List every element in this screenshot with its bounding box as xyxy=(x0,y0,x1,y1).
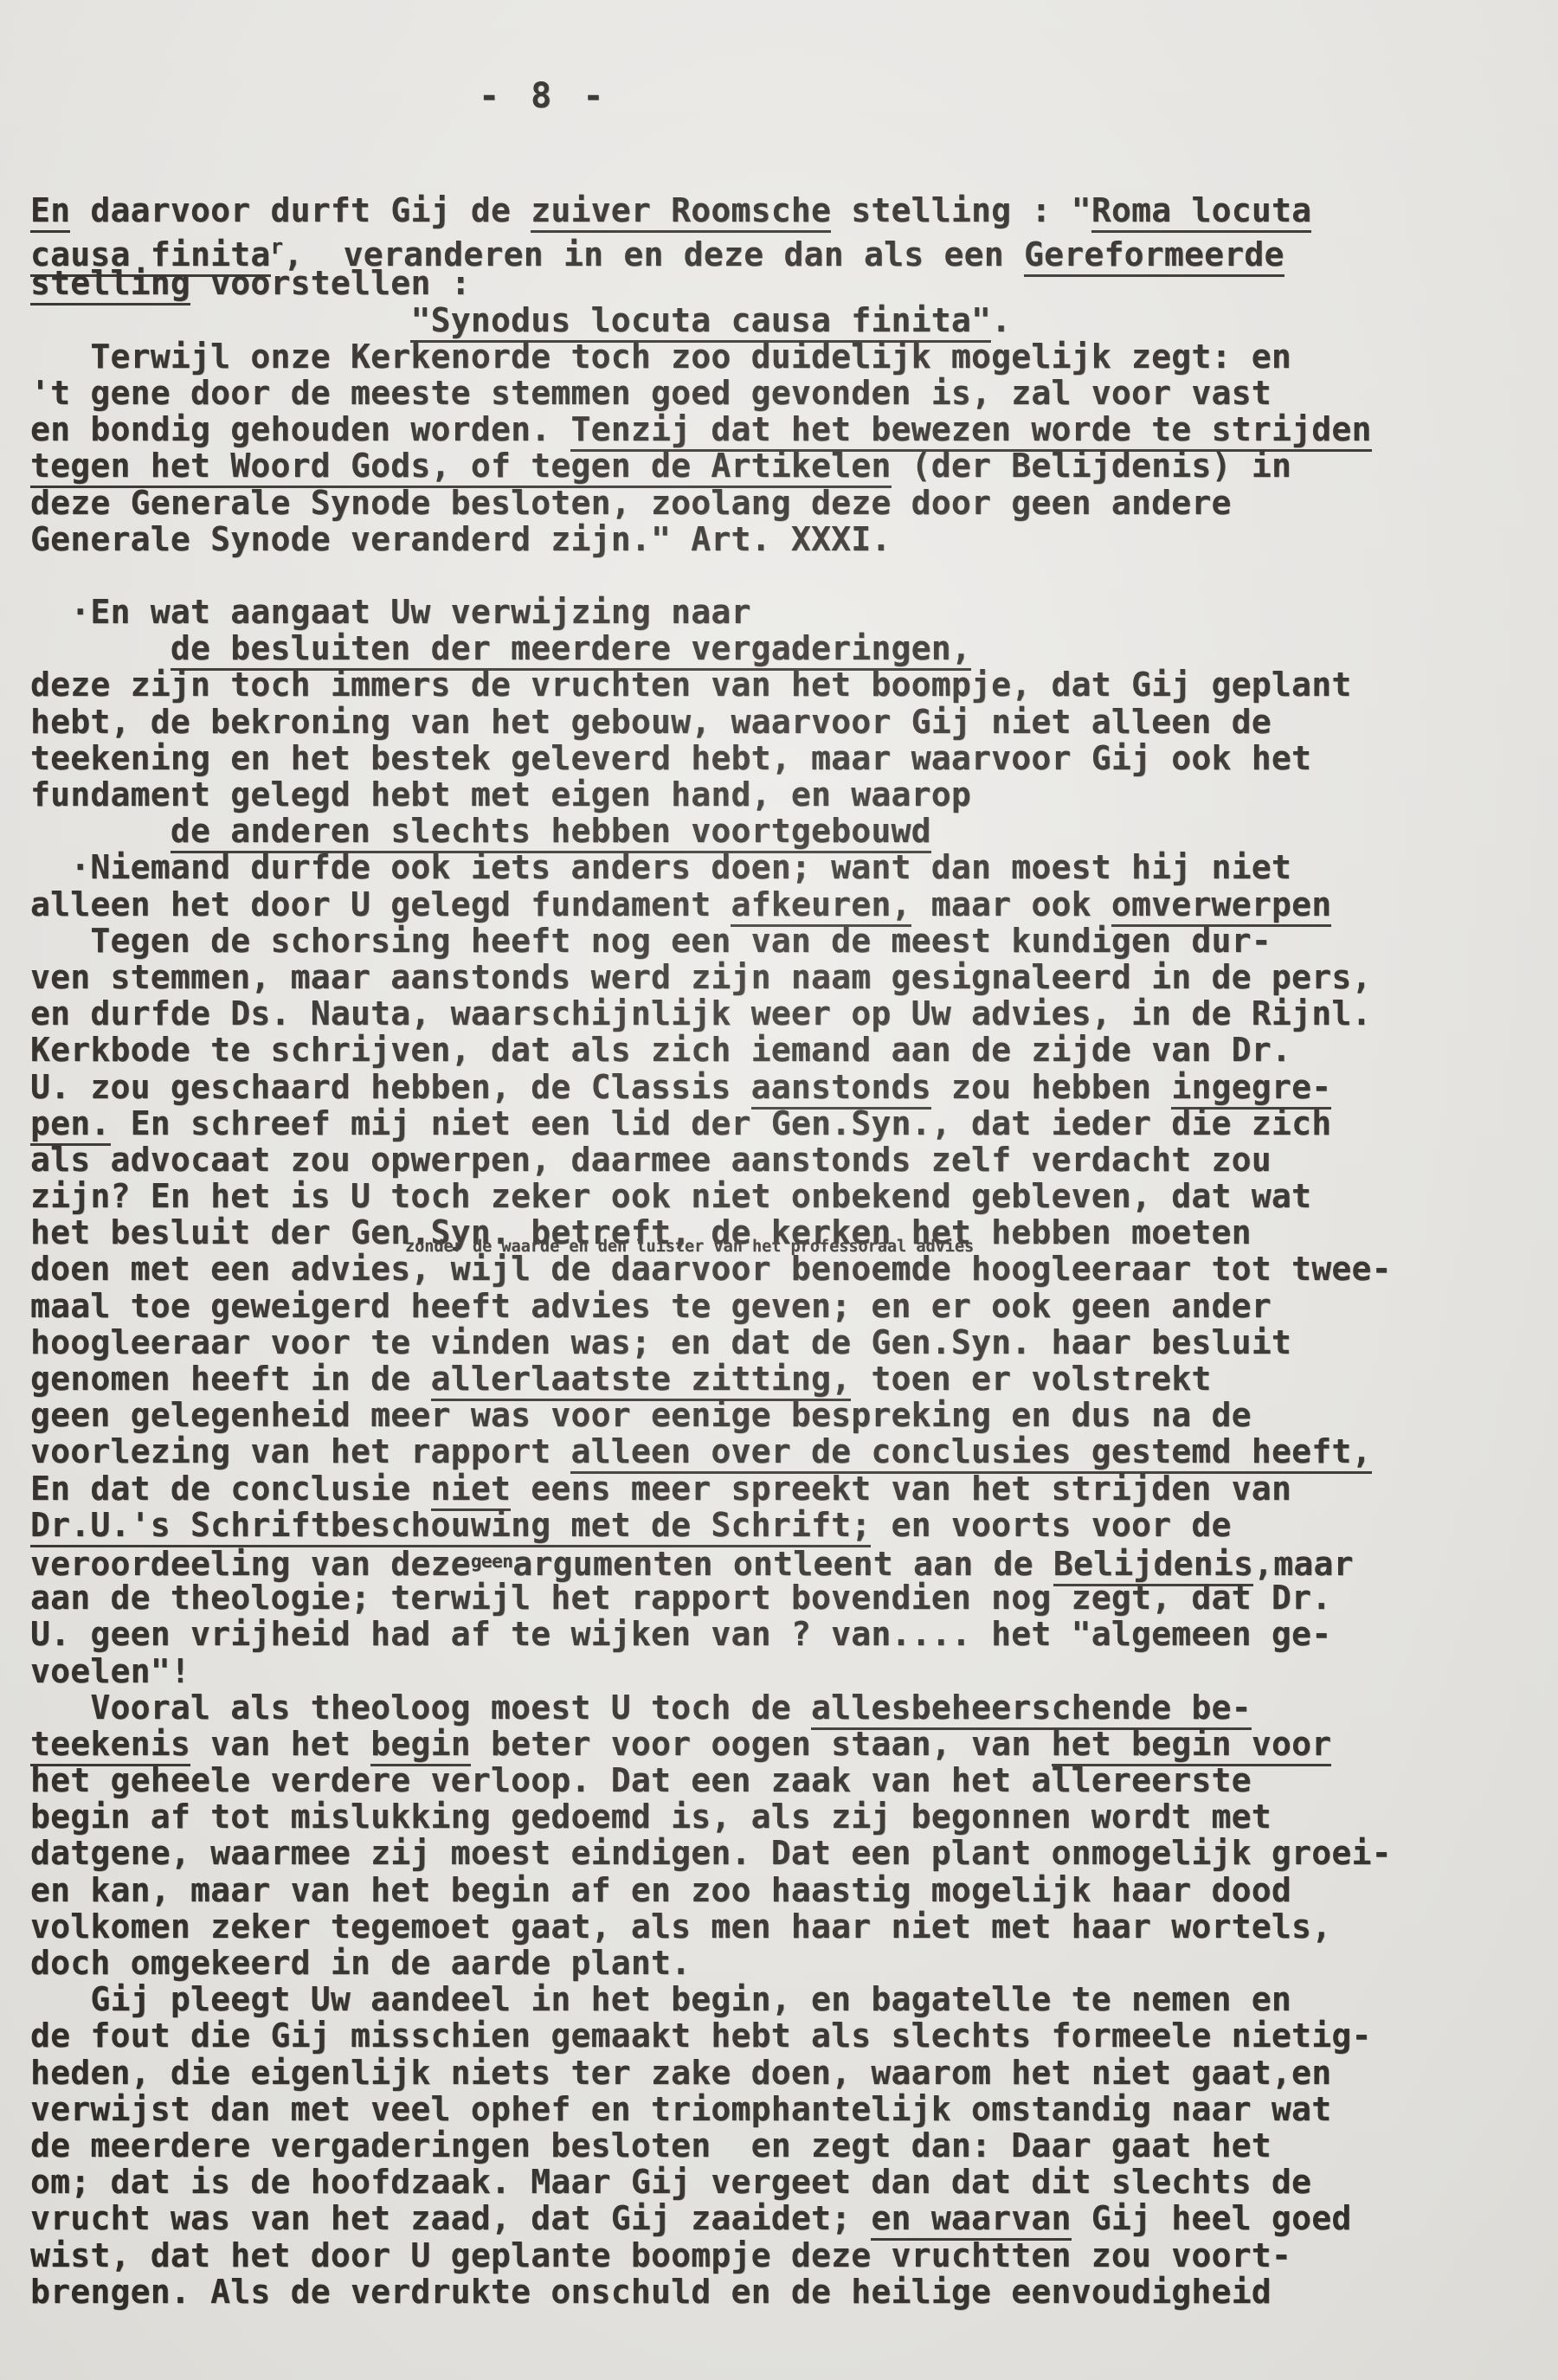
text-segment: ven stemmen, maar aanstonds werd zijn na… xyxy=(30,958,1372,996)
text-line: teekenis van het begin beter voor oogen … xyxy=(30,1726,1536,1762)
text-segment: zijn? En het is U toch zeker ook niet on… xyxy=(30,1177,1311,1215)
text-segment: doen met een advies, wijl de daarvoor be… xyxy=(30,1250,1392,1288)
text-line: veroordeeling van dezegeenargumenten ont… xyxy=(30,1543,1536,1579)
text-line: om; dat is de hoofdzaak. Maar Gij vergee… xyxy=(30,2164,1536,2200)
text-segment: En schreef mij niet een lid der Gen.Syn.… xyxy=(111,1104,1332,1142)
text-segment: en bondig gehouden worden. xyxy=(30,410,570,448)
text-line: fundament gelegd hebt met eigen hand, en… xyxy=(30,776,1536,813)
text-segment: Gij heel goed xyxy=(1072,2199,1352,2237)
text-line: teekening en het bestek geleverd hebt, m… xyxy=(30,740,1536,776)
text-segment: eens meer spreekt van het strijden van xyxy=(511,1470,1291,1508)
underlined-text: zuiver Roomsche xyxy=(531,191,831,233)
text-line: hebt, de bekroning van het gebouw, waarv… xyxy=(30,704,1536,740)
text-line: aan de theologie; terwijl het rapport bo… xyxy=(30,1579,1536,1616)
underlined-text: omverwerpen xyxy=(1111,885,1331,927)
text-line: hoogleeraar voor te vinden was; en dat d… xyxy=(30,1324,1536,1360)
text-line: begin af tot mislukking gedoemd is, als … xyxy=(30,1798,1536,1835)
text-segment: maar ook xyxy=(911,885,1111,923)
underlined-text: het begin voor xyxy=(1052,1725,1332,1766)
underlined-text: stelling xyxy=(30,264,190,306)
text-line: Kerkbode te schrijven, dat als zich iema… xyxy=(30,1032,1536,1068)
text-segment: het geheele verdere verloop. Dat een zaa… xyxy=(30,1761,1252,1799)
underlined-text: de besluiten der meerdere vergaderingen, xyxy=(171,629,971,671)
text-line: Generale Synode veranderd zijn." Art. XX… xyxy=(30,521,1536,557)
text-segment: aan de theologie; terwijl het rapport bo… xyxy=(30,1579,1331,1617)
underlined-text: alleen over de conclusies gestemd heeft, xyxy=(570,1432,1371,1474)
text-line: en kan, maar van het begin af en zoo haa… xyxy=(30,1872,1536,1908)
underlined-text: begin xyxy=(370,1725,471,1766)
text-line: tegen het Woord Gods, of tegen de Artike… xyxy=(30,447,1536,484)
text-segment: verwijst dan met veel ophef en triomphan… xyxy=(30,2090,1331,2128)
text-line: verwijst dan met veel ophef en triomphan… xyxy=(30,2091,1536,2127)
text-line: geen gelegenheid meer was voor eenige be… xyxy=(30,1397,1536,1433)
text-line: volkomen zeker tegemoet gaat, als men ha… xyxy=(30,1908,1536,1945)
text-line: Dr.U.'s Schriftbeschouwing met de Schrif… xyxy=(30,1507,1536,1543)
underlined-text: Dr.U.'s Schriftbeschouwing met de Schrif… xyxy=(30,1506,871,1547)
underlined-text: Gereformeerde xyxy=(1024,235,1284,277)
text-line: En daarvoor durft Gij de zuiver Roomsche… xyxy=(30,192,1536,228)
text-line: maal toe geweigerd heeft advies te geven… xyxy=(30,1288,1536,1324)
text-line: ·En wat aangaat Uw verwijzing naar xyxy=(30,594,1536,630)
text-segment: als advocaat zou opwerpen, daarmee aanst… xyxy=(30,1141,1272,1179)
text-line: de fout die Gij misschien gemaakt hebt a… xyxy=(30,2017,1536,2054)
text-segment: teekening en het bestek geleverd hebt, m… xyxy=(30,739,1311,777)
underlined-text: aanstonds xyxy=(751,1068,931,1110)
underlined-text: Roma locuta xyxy=(1091,191,1311,233)
underlined-text: afkeuren, xyxy=(731,885,911,927)
text-segment: en kan, maar van het begin af en zoo haa… xyxy=(30,1871,1291,1909)
text-line: vrucht was van het zaad, dat Gij zaaidet… xyxy=(30,2200,1536,2236)
underlined-text: tegen het Woord Gods, of tegen de Artike… xyxy=(30,447,892,488)
text-line: datgene, waarmee zij moest eindigen. Dat… xyxy=(30,1835,1536,1871)
text-line: genomen heeft in de allerlaatste zitting… xyxy=(30,1360,1536,1397)
text-line: U. zou geschaard hebben, de Classis aans… xyxy=(30,1069,1536,1105)
text-segment: volkomen zeker tegemoet gaat, als men ha… xyxy=(30,1907,1331,1946)
text-segment: van het xyxy=(190,1725,370,1763)
underlined-text: ingegre- xyxy=(1171,1068,1331,1110)
text-segment: de fout die Gij misschien gemaakt hebt a… xyxy=(30,2017,1372,2055)
text-segment: toen er volstrekt xyxy=(851,1360,1211,1398)
text-segment: Vooral als theoloog moest U toch de xyxy=(30,1689,811,1727)
text-line: 't gene door de meeste stemmen goed gevo… xyxy=(30,375,1536,411)
text-line: Terwijl onze Kerkenorde toch zoo duideli… xyxy=(30,338,1536,375)
text-segment: U. geen vrijheid had af te wijken van ? … xyxy=(30,1615,1331,1653)
text-segment: hebt, de bekroning van het gebouw, waarv… xyxy=(30,703,1272,741)
text-segment: argumenten ontleent aan de xyxy=(512,1545,1053,1583)
text-segment: voorstellen : xyxy=(190,264,471,302)
underlined-text: teekenis xyxy=(30,1725,190,1766)
text-segment: beter voor oogen staan, van xyxy=(471,1725,1052,1763)
text-line: de anderen slechts hebben voortgebouwd xyxy=(30,813,1536,849)
text-line: causa finitar, veranderen in en deze dan… xyxy=(30,228,1536,265)
text-segment: geen xyxy=(471,1551,513,1572)
text-segment: r xyxy=(271,235,284,259)
underlined-text: de anderen slechts hebben voortgebouwd xyxy=(171,812,931,853)
text-segment: ·Niemand durfde ook iets anders doen; wa… xyxy=(30,848,1291,886)
text-line: het geheele verdere verloop. Dat een zaa… xyxy=(30,1762,1536,1798)
text-segment: ,maar xyxy=(1253,1545,1354,1583)
underlined-text: "Synodus locuta causa finita" xyxy=(410,301,991,343)
text-line: als advocaat zou opwerpen, daarmee aanst… xyxy=(30,1142,1536,1178)
underlined-text: en waarvan xyxy=(871,2199,1071,2241)
text-segment: veroordeeling van deze xyxy=(30,1545,471,1583)
text-line: de meerdere vergaderingen besloten en ze… xyxy=(30,2127,1536,2164)
text-segment: stelling : " xyxy=(831,191,1091,229)
text-line: deze Generale Synode besloten, zoolang d… xyxy=(30,485,1536,521)
text-line: Tegen de schorsing heeft nog een van de … xyxy=(30,923,1536,959)
text-segment: Generale Synode veranderd zijn." Art. XX… xyxy=(30,520,892,558)
text-segment: begin af tot mislukking gedoemd is, als … xyxy=(30,1798,1272,1836)
text-segment: Gij pleegt Uw aandeel in het begin, en b… xyxy=(30,1980,1291,2018)
text-line: ·Niemand durfde ook iets anders doen; wa… xyxy=(30,849,1536,885)
text-line: U. geen vrijheid had af te wijken van ? … xyxy=(30,1616,1536,1652)
text-segment: voelen"! xyxy=(30,1652,190,1690)
text-line: voorlezing van het rapport alleen over d… xyxy=(30,1433,1536,1470)
text-line: wist, dat het door U geplante boompje de… xyxy=(30,2237,1536,2274)
blank-line xyxy=(30,557,1536,594)
text-segment xyxy=(30,301,410,339)
interline-annotation: zonder de waarde en den luister van het … xyxy=(405,1238,974,1256)
text-segment: heden, die eigenlijk niets ter zake doen… xyxy=(30,2054,1331,2092)
text-segment: daarvoor durft Gij de xyxy=(70,191,531,229)
text-line: En dat de conclusie niet eens meer spree… xyxy=(30,1470,1536,1507)
text-segment: doch omgekeerd in de aarde plant. xyxy=(30,1944,691,1982)
text-segment: hoogleeraar voor te vinden was; en dat d… xyxy=(30,1323,1291,1361)
text-segment: brengen. Als de verdrukte onschuld en de… xyxy=(30,2273,1272,2311)
text-segment: ·En wat aangaat Uw verwijzing naar xyxy=(30,593,751,631)
underlined-text: niet xyxy=(431,1470,512,1511)
text-segment: Terwijl onze Kerkenorde toch zoo duideli… xyxy=(30,338,1291,376)
underlined-text: pen. xyxy=(30,1104,111,1146)
text-segment: genomen heeft in de xyxy=(30,1360,431,1398)
text-segment: wist, dat het door U geplante boompje de… xyxy=(30,2236,1291,2274)
text-segment: 't gene door de meeste stemmen goed gevo… xyxy=(30,374,1272,412)
text-segment: voorlezing van het rapport xyxy=(30,1432,570,1470)
page-number: - 8 - xyxy=(479,76,608,116)
text-segment: deze Generale Synode besloten, zoolang d… xyxy=(30,484,1232,522)
text-segment: fundament gelegd hebt met eigen hand, en… xyxy=(30,775,971,814)
text-line: de besluiten der meerdere vergaderingen, xyxy=(30,630,1536,666)
text-segment: en voorts voor de xyxy=(871,1506,1231,1544)
text-line: ven stemmen, maar aanstonds werd zijn na… xyxy=(30,959,1536,995)
text-line: brengen. Als de verdrukte onschuld en de… xyxy=(30,2274,1536,2310)
text-line: Vooral als theoloog moest U toch de alle… xyxy=(30,1689,1536,1726)
text-segment: deze zijn toch immers de vruchten van he… xyxy=(30,666,1351,704)
text-segment: en durfde Ds. Nauta, waarschijnlijk weer… xyxy=(30,994,1372,1032)
underlined-text: allesbeheerschende be- xyxy=(811,1689,1252,1730)
text-segment: geen gelegenheid meer was voor eenige be… xyxy=(30,1396,1252,1434)
text-segment: Kerkbode te schrijven, dat als zich iema… xyxy=(30,1031,1291,1069)
text-line: en durfde Ds. Nauta, waarschijnlijk weer… xyxy=(30,995,1536,1032)
text-segment: maal toe geweigerd heeft advies te geven… xyxy=(30,1287,1272,1325)
text-segment: datgene, waarmee zij moest eindigen. Dat… xyxy=(30,1834,1392,1872)
text-segment: vrucht was van het zaad, dat Gij zaaidet… xyxy=(30,2199,871,2237)
text-segment: . xyxy=(991,301,1011,339)
text-line: en bondig gehouden worden. Tenzij dat he… xyxy=(30,411,1536,447)
text-segment: U. zou geschaard hebben, de Classis xyxy=(30,1068,751,1106)
underlined-text: allerlaatste zitting, xyxy=(431,1360,852,1401)
text-line: Gij pleegt Uw aandeel in het begin, en b… xyxy=(30,1981,1536,2017)
text-line: doch omgekeerd in de aarde plant. xyxy=(30,1945,1536,1981)
text-line: doen met een advies, wijl de daarvoor be… xyxy=(30,1251,1536,1287)
text-segment: de meerdere vergaderingen besloten en ze… xyxy=(30,2126,1272,2165)
text-segment: zou hebben xyxy=(931,1068,1172,1106)
text-line: pen. En schreef mij niet een lid der Gen… xyxy=(30,1105,1536,1142)
text-line: heden, die eigenlijk niets ter zake doen… xyxy=(30,2055,1536,2091)
text-line: deze zijn toch immers de vruchten van he… xyxy=(30,666,1536,703)
text-line: voelen"! xyxy=(30,1653,1536,1689)
text-line: alleen het door U gelegd fundament afkeu… xyxy=(30,886,1536,923)
text-segment: alleen het door U gelegd fundament xyxy=(30,885,731,923)
text-segment: Tegen de schorsing heeft nog een van de … xyxy=(30,922,1272,960)
text-segment: om; dat is de hoofdzaak. Maar Gij vergee… xyxy=(30,2163,1311,2201)
text-segment: En dat de conclusie xyxy=(30,1470,431,1508)
text-segment xyxy=(30,629,171,667)
text-segment xyxy=(30,812,171,850)
underlined-text: Tenzij dat het bewezen worde te strijden xyxy=(570,410,1371,452)
text-line: zijn? En het is U toch zeker ook niet on… xyxy=(30,1178,1536,1214)
text-line: "Synodus locuta causa finita". xyxy=(30,302,1536,338)
underlined-text: En xyxy=(30,191,70,233)
text-segment: (der Belijdenis) in xyxy=(892,447,1292,485)
